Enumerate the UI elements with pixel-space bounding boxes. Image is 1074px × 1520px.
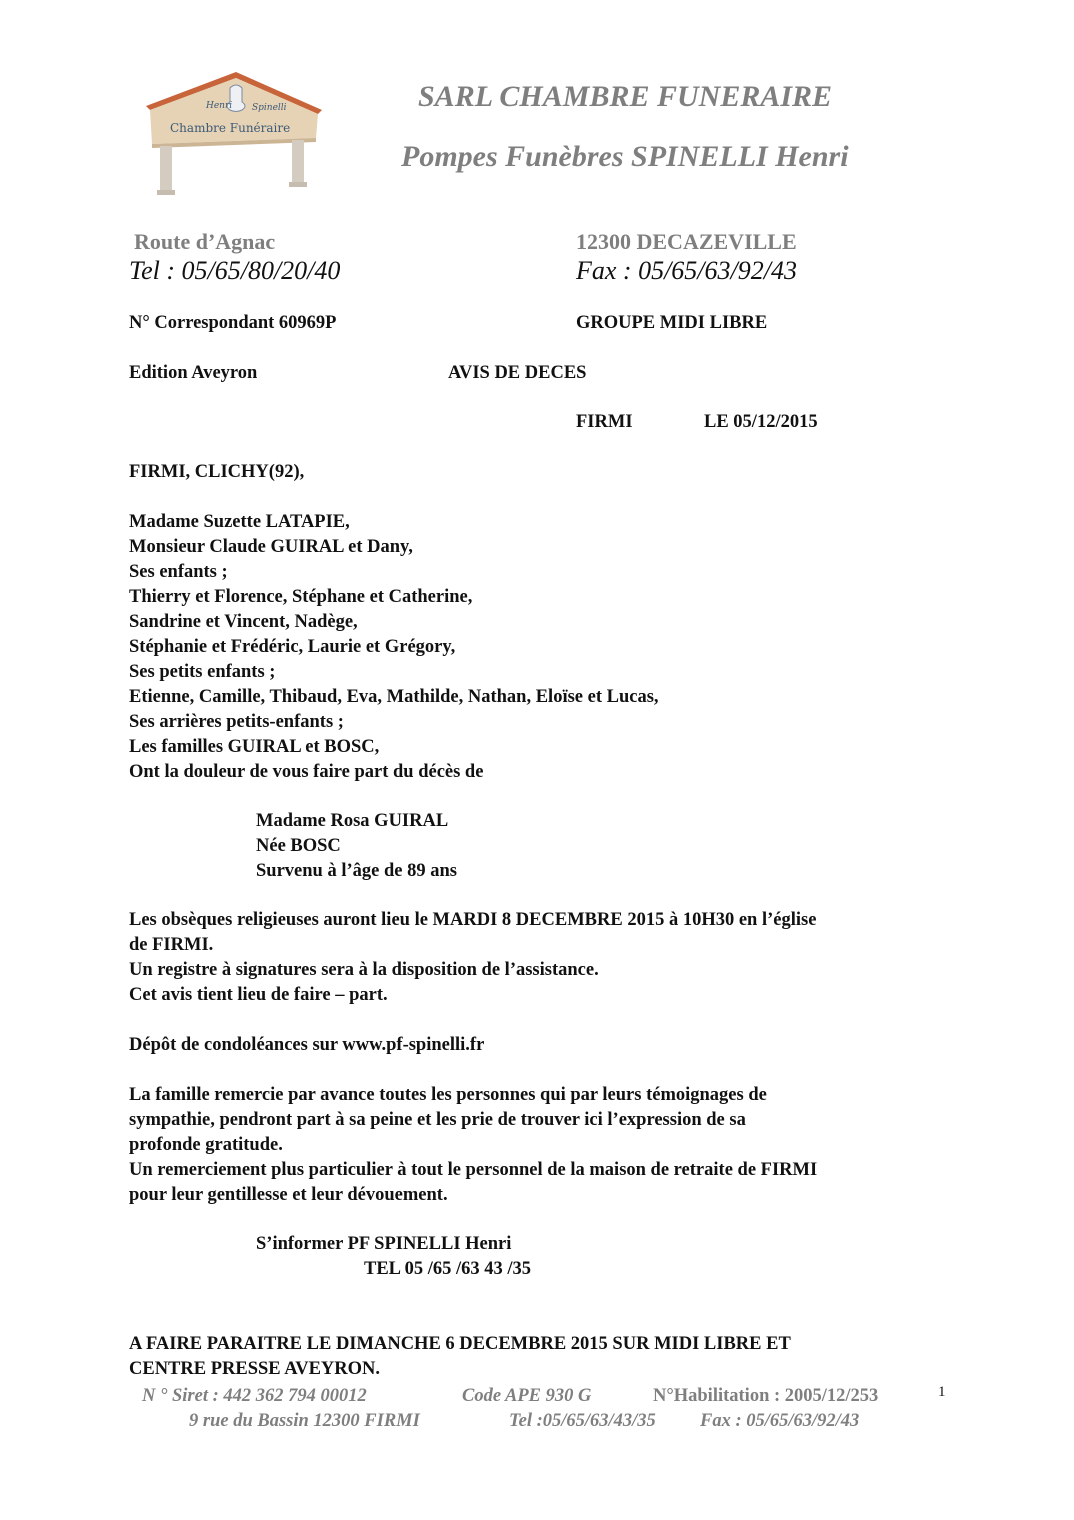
family-list: Madame Suzette LATAPIE, Monsieur Claude … <box>129 510 659 785</box>
family-line: Monsieur Claude GUIRAL et Dany, <box>129 535 659 560</box>
publish-block: A FAIRE PARAITRE LE DIMANCHE 6 DECEMBRE … <box>129 1332 791 1382</box>
thanks-line: La famille remercie par avance toutes le… <box>129 1083 817 1108</box>
notice-type: AVIS DE DECES <box>448 361 586 386</box>
thanks-line: pour leur gentillesse et leur dévouement… <box>129 1183 817 1208</box>
company-tel: Tel : 05/65/80/20/40 <box>129 256 340 286</box>
thanks-line: Un remerciement plus particulier à tout … <box>129 1158 817 1183</box>
svg-text:Spinelli: Spinelli <box>252 103 287 113</box>
thanks-line: sympathie, pendront part à sa peine et l… <box>129 1108 817 1133</box>
footer-siret: N ° Siret : 442 362 794 00012 <box>142 1386 367 1407</box>
company-city: 12300 DECAZEVILLE <box>576 229 797 255</box>
page-number: 1 <box>938 1384 946 1401</box>
footer-fax: Fax : 05/65/63/92/43 <box>700 1411 859 1432</box>
ceremony-line: Un registre à signatures sera à la dispo… <box>129 958 816 983</box>
ceremony-line: Cet avis tient lieu de faire – part. <box>129 983 816 1008</box>
deceased-name: Madame Rosa GUIRAL <box>256 809 457 834</box>
thanks-block: La famille remercie par avance toutes le… <box>129 1083 817 1208</box>
notice-locations: FIRMI, CLICHY(92), <box>129 460 304 485</box>
footer-tel: Tel :05/65/63/43/35 <box>509 1411 656 1432</box>
footer-habilitation: N°Habilitation : 2005/12/253 <box>653 1386 878 1407</box>
notice-place: FIRMI <box>576 410 633 435</box>
company-subtitle: Pompes Funèbres SPINELLI Henri <box>401 140 849 174</box>
company-fax: Fax : 05/65/63/92/43 <box>576 256 797 286</box>
family-line: Ses petits enfants ; <box>129 660 659 685</box>
funeral-home-sign-logo: Henri Spinelli Chambre Funéraire <box>140 68 330 208</box>
footer-ape: Code APE 930 G <box>462 1386 591 1407</box>
family-line: Thierry et Florence, Stéphane et Catheri… <box>129 585 659 610</box>
ceremony-block: Les obsèques religieuses auront lieu le … <box>129 908 816 1008</box>
ceremony-line: Les obsèques religieuses auront lieu le … <box>129 908 816 933</box>
funeral-home-sign-icon: Henri Spinelli Chambre Funéraire <box>140 68 330 208</box>
newspaper-group: GROUPE MIDI LIBRE <box>576 311 767 336</box>
svg-text:Chambre Funéraire: Chambre Funéraire <box>170 121 290 135</box>
notice-date: LE 05/12/2015 <box>704 410 818 435</box>
info-tel: TEL 05 /65 /63 43 /35 <box>364 1257 531 1282</box>
ceremony-line: de FIRMI. <box>129 933 816 958</box>
company-title: SARL CHAMBRE FUNERAIRE <box>418 80 832 114</box>
family-line: Ses arrières petits-enfants ; <box>129 710 659 735</box>
family-line: Les familles GUIRAL et BOSC, <box>129 735 659 760</box>
family-line: Sandrine et Vincent, Nadège, <box>129 610 659 635</box>
family-line: Madame Suzette LATAPIE, <box>129 510 659 535</box>
company-address: Route d’Agnac <box>134 229 275 255</box>
correspondent-number: N° Correspondant 60969P <box>129 311 336 336</box>
publish-line: CENTRE PRESSE AVEYRON. <box>129 1357 791 1382</box>
footer-address: 9 rue du Bassin 12300 FIRMI <box>189 1411 420 1432</box>
deceased-maiden-name: Née BOSC <box>256 834 457 859</box>
family-line: Stéphanie et Frédéric, Laurie et Grégory… <box>129 635 659 660</box>
family-line: Etienne, Camille, Thibaud, Eva, Mathilde… <box>129 685 659 710</box>
family-line: Ses enfants ; <box>129 560 659 585</box>
info-line: S’informer PF SPINELLI Henri <box>256 1232 511 1257</box>
condolences-line: Dépôt de condoléances sur www.pf-spinell… <box>129 1033 484 1058</box>
deceased-age: Survenu à l’âge de 89 ans <box>256 859 457 884</box>
family-line: Ont la douleur de vous faire part du déc… <box>129 760 659 785</box>
edition: Edition Aveyron <box>129 361 257 386</box>
svg-text:Henri: Henri <box>205 101 232 111</box>
publish-line: A FAIRE PARAITRE LE DIMANCHE 6 DECEMBRE … <box>129 1332 791 1357</box>
deceased-block: Madame Rosa GUIRAL Née BOSC Survenu à l’… <box>256 809 457 884</box>
thanks-line: profonde gratitude. <box>129 1133 817 1158</box>
